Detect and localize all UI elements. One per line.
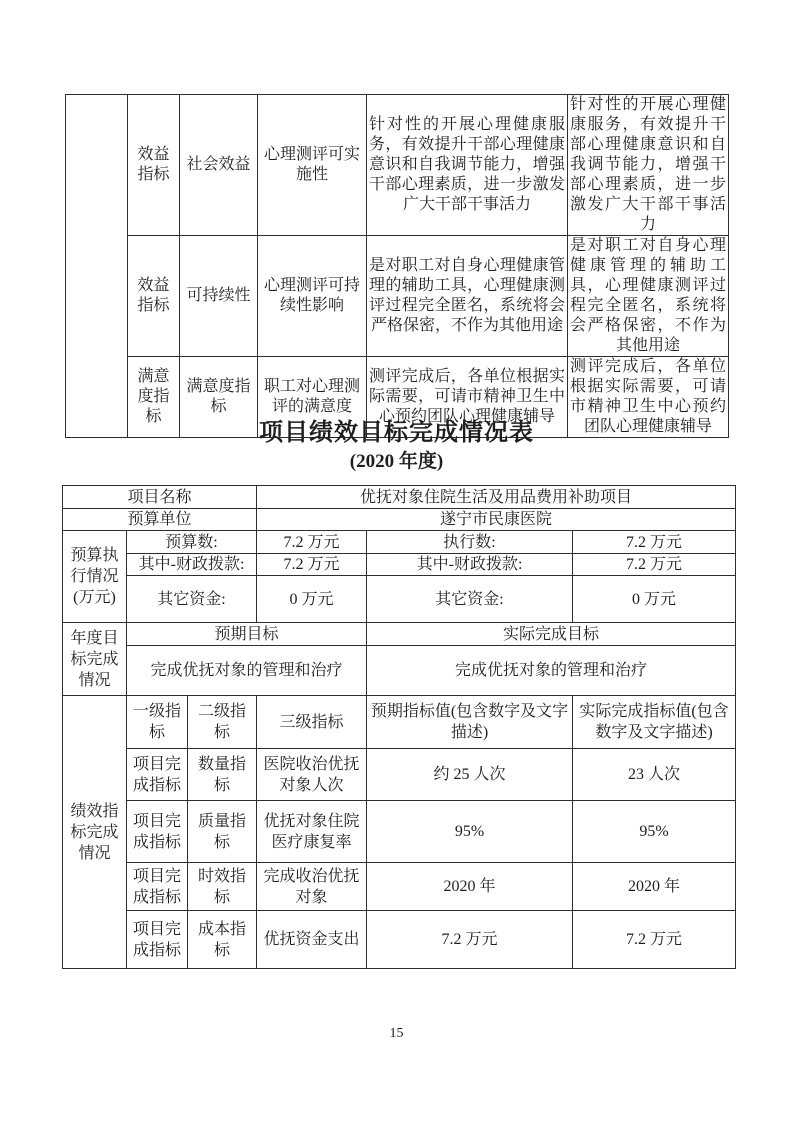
perf-level1-cell: 项目完成指标 bbox=[127, 911, 188, 969]
perf-expected-cell: 2020 年 bbox=[367, 863, 573, 911]
perf-header-actual-cell: 实际完成指标值(包含数字及文字描述) bbox=[573, 696, 736, 749]
t1-expected-cell: 是对职工对自身心理健康管理的辅助工具，心理健康测评过程完全匿名，系统将会严格保密… bbox=[367, 236, 568, 357]
table-row: 项目完成指标 时效指标 完成收治优抚对象 2020 年 2020 年 bbox=[63, 863, 736, 911]
perf-actual-cell: 95% bbox=[573, 801, 736, 863]
t1-level2-cell: 可持续性 bbox=[180, 236, 258, 357]
perf-actual-cell: 23 人次 bbox=[573, 749, 736, 801]
perf-level3-cell: 医院收治优抚对象人次 bbox=[257, 749, 367, 801]
perf-expected-cell: 95% bbox=[367, 801, 573, 863]
perf-level3-cell: 优抚资金支出 bbox=[257, 911, 367, 969]
t1-level3-cell: 心理测评可实施性 bbox=[258, 95, 367, 236]
budget-label-cell: 执行数: bbox=[367, 531, 573, 554]
budget-section-label-cell: 预算执行情况(万元) bbox=[63, 531, 127, 623]
actual-goal-header-cell: 实际完成目标 bbox=[367, 623, 736, 646]
perf-level1-cell: 项目完成指标 bbox=[127, 863, 188, 911]
t1-expected-cell: 针对性的开展心理健康服务，有效提升干部心理健康意识和自我调节能力，增强干部心理素… bbox=[367, 95, 568, 236]
budget-value-cell: 7.2 万元 bbox=[573, 531, 736, 554]
t1-level1-cell: 效益指标 bbox=[128, 236, 180, 357]
table-row: 效益指标 社会效益 心理测评可实施性 针对性的开展心理健康服务，有效提升干部心理… bbox=[66, 95, 729, 236]
performance-indicators-continuation-table: 效益指标 社会效益 心理测评可实施性 针对性的开展心理健康服务，有效提升干部心理… bbox=[65, 94, 729, 438]
t1-actual-cell: 是对职工对自身心理健康管理的辅助工具，心理健康测评过程完全匿名，系统将会严格保密… bbox=[568, 236, 729, 357]
perf-level3-cell: 优抚对象住院医疗康复率 bbox=[257, 801, 367, 863]
table-row: 年度目标完成情况 预期目标 实际完成目标 bbox=[63, 623, 736, 646]
perf-header-level2-cell: 二级指标 bbox=[188, 696, 257, 749]
perf-level2-cell: 成本指标 bbox=[188, 911, 257, 969]
perf-header-level3-cell: 三级指标 bbox=[257, 696, 367, 749]
table-row: 预算单位 遂宁市民康医院 bbox=[63, 509, 736, 531]
perf-actual-cell: 7.2 万元 bbox=[573, 911, 736, 969]
project-name-label-cell: 项目名称 bbox=[63, 486, 257, 509]
table-row: 项目完成指标 数量指标 医院收治优抚对象人次 约 25 人次 23 人次 bbox=[63, 749, 736, 801]
page-subtitle-year: (2020 年度) bbox=[0, 448, 793, 475]
table-row: 项目完成指标 成本指标 优抚资金支出 7.2 万元 7.2 万元 bbox=[63, 911, 736, 969]
table-row: 绩效指标完成情况 一级指标 二级指标 三级指标 预期指标值(包含数字及文字描述)… bbox=[63, 696, 736, 749]
table-row: 项目名称 优抚对象住院生活及用品费用补助项目 bbox=[63, 486, 736, 509]
budget-value-cell: 7.2 万元 bbox=[573, 554, 736, 576]
expected-goal-header-cell: 预期目标 bbox=[127, 623, 367, 646]
budget-label-cell: 其它资金: bbox=[127, 576, 257, 623]
budget-label-cell: 其它资金: bbox=[367, 576, 573, 623]
perf-level1-cell: 项目完成指标 bbox=[127, 801, 188, 863]
table-row: 其它资金: 0 万元 其它资金: 0 万元 bbox=[63, 576, 736, 623]
perf-expected-cell: 约 25 人次 bbox=[367, 749, 573, 801]
perf-level2-cell: 数量指标 bbox=[188, 749, 257, 801]
title-block: 项目绩效目标完成情况表 (2020 年度) bbox=[0, 419, 793, 475]
page-number: 15 bbox=[0, 1026, 793, 1042]
t1-level1-cell: 效益指标 bbox=[128, 95, 180, 236]
budget-value-cell: 7.2 万元 bbox=[257, 531, 367, 554]
budget-unit-label-cell: 预算单位 bbox=[63, 509, 257, 531]
perf-level3-cell: 完成收治优抚对象 bbox=[257, 863, 367, 911]
perf-expected-cell: 7.2 万元 bbox=[367, 911, 573, 969]
table-row: 预算执行情况(万元) 预算数: 7.2 万元 执行数: 7.2 万元 bbox=[63, 531, 736, 554]
perf-level2-cell: 质量指标 bbox=[188, 801, 257, 863]
annual-goal-section-label-cell: 年度目标完成情况 bbox=[63, 623, 127, 696]
perf-level2-cell: 时效指标 bbox=[188, 863, 257, 911]
perf-header-level1-cell: 一级指标 bbox=[127, 696, 188, 749]
project-performance-completion-table: 项目名称 优抚对象住院生活及用品费用补助项目 预算单位 遂宁市民康医院 预算执行… bbox=[62, 485, 736, 969]
t1-left-spacer-cell bbox=[66, 95, 128, 438]
t1-level3-cell: 心理测评可持续性影响 bbox=[258, 236, 367, 357]
budget-label-cell: 其中-财政拨款: bbox=[367, 554, 573, 576]
budget-label-cell: 其中-财政拨款: bbox=[127, 554, 257, 576]
budget-value-cell: 0 万元 bbox=[573, 576, 736, 623]
expected-goal-value-cell: 完成优抚对象的管理和治疗 bbox=[127, 646, 367, 696]
table-row: 其中-财政拨款: 7.2 万元 其中-财政拨款: 7.2 万元 bbox=[63, 554, 736, 576]
t1-actual-cell: 针对性的开展心理健康服务，有效提升干部心理健康意识和自我调节能力，增强干部心理素… bbox=[568, 95, 729, 236]
table-row: 效益指标 可持续性 心理测评可持续性影响 是对职工对自身心理健康管理的辅助工具，… bbox=[66, 236, 729, 357]
project-name-value-cell: 优抚对象住院生活及用品费用补助项目 bbox=[257, 486, 736, 509]
document-page: 效益指标 社会效益 心理测评可实施性 针对性的开展心理健康服务，有效提升干部心理… bbox=[0, 0, 793, 1122]
t1-level2-cell: 社会效益 bbox=[180, 95, 258, 236]
table-row: 项目完成指标 质量指标 优抚对象住院医疗康复率 95% 95% bbox=[63, 801, 736, 863]
budget-value-cell: 0 万元 bbox=[257, 576, 367, 623]
budget-label-cell: 预算数: bbox=[127, 531, 257, 554]
page-title: 项目绩效目标完成情况表 bbox=[0, 419, 793, 448]
budget-value-cell: 7.2 万元 bbox=[257, 554, 367, 576]
table-row: 完成优抚对象的管理和治疗 完成优抚对象的管理和治疗 bbox=[63, 646, 736, 696]
perf-section-label-cell: 绩效指标完成情况 bbox=[63, 696, 127, 969]
perf-level1-cell: 项目完成指标 bbox=[127, 749, 188, 801]
actual-goal-value-cell: 完成优抚对象的管理和治疗 bbox=[367, 646, 736, 696]
budget-unit-value-cell: 遂宁市民康医院 bbox=[257, 509, 736, 531]
perf-actual-cell: 2020 年 bbox=[573, 863, 736, 911]
perf-header-expected-cell: 预期指标值(包含数字及文字描述) bbox=[367, 696, 573, 749]
